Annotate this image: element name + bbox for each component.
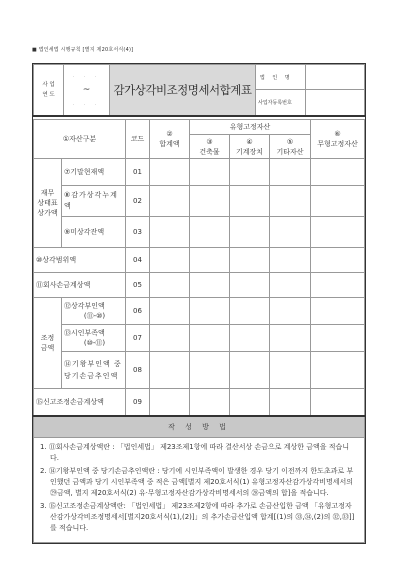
- asset-class-header: ①자산구분: [34, 120, 126, 159]
- cell-intangible[interactable]: [311, 273, 365, 298]
- cell-total[interactable]: [150, 186, 190, 217]
- row-code: 06: [126, 298, 150, 325]
- form-title: 감가상각비조정명세서합계표: [110, 65, 256, 117]
- building-header: ③ 건축물: [190, 135, 230, 159]
- row-code: 09: [126, 389, 150, 417]
- cell-building[interactable]: [190, 389, 230, 417]
- machinery-header: ④ 기계장치: [230, 135, 270, 159]
- cell-building[interactable]: [190, 325, 230, 352]
- cell-total[interactable]: [150, 273, 190, 298]
- form-identifier: ■ 법인세법 시행규칙 [별지 제20호서식(4)]: [32, 46, 133, 53]
- table-row: ⑩상각범위액 04: [34, 248, 365, 273]
- cell-building[interactable]: [190, 273, 230, 298]
- row-label: ⑨미상각잔액: [62, 217, 126, 248]
- cell-building[interactable]: [190, 217, 230, 248]
- row-label: ⑩상각범위액: [34, 248, 126, 273]
- cell-other[interactable]: [270, 352, 311, 389]
- row-code: 02: [126, 186, 150, 217]
- instruction-item: 2. ⑭기왕부인액 중 당기손금추인액란 : 당기에 시인부족액이 발생한 경우…: [40, 466, 358, 499]
- table-row: 조정 금액 ⑫상각부인액 (⑪-⑩) 06: [34, 298, 365, 325]
- business-year-field[interactable]: . . . ~ . . .: [64, 65, 110, 117]
- table-row: ⑮신고조정손금계상액 09: [34, 389, 365, 417]
- row-label: ⑪회사손금계상액: [34, 273, 126, 298]
- financial-position-group: 재무 상태표 상가액: [34, 159, 62, 248]
- cell-machinery[interactable]: [230, 217, 270, 248]
- year-from[interactable]: . . .: [64, 73, 109, 79]
- cell-total[interactable]: [150, 217, 190, 248]
- code-header: 코드: [126, 120, 150, 159]
- cell-total[interactable]: [150, 159, 190, 186]
- year-to[interactable]: . . .: [64, 101, 109, 107]
- row-label: ⑫상각부인액 (⑪-⑩): [62, 298, 126, 325]
- tangible-assets-header: 유형고정자산: [190, 120, 311, 135]
- row-code: 08: [126, 352, 150, 389]
- form-header: 사 업 연 도 . . . ~ . . . 감가상각비조정명세서합계표 법 인 …: [33, 64, 365, 117]
- cell-other[interactable]: [270, 325, 311, 352]
- table-row: ⑪회사손금계상액 05: [34, 273, 365, 298]
- cell-intangible[interactable]: [311, 298, 365, 325]
- cell-intangible[interactable]: [311, 352, 365, 389]
- cell-machinery[interactable]: [230, 248, 270, 273]
- corp-name-label: 법 인 명: [256, 65, 306, 90]
- cell-total[interactable]: [150, 298, 190, 325]
- row-label: ⑦기말현재액: [62, 159, 126, 186]
- table-row: ⑧감가상각누계액 02: [34, 186, 365, 217]
- cell-intangible[interactable]: [311, 159, 365, 186]
- table-row: 재무 상태표 상가액 ⑦기말현재액 01: [34, 159, 365, 186]
- cell-machinery[interactable]: [230, 159, 270, 186]
- cell-other[interactable]: [270, 186, 311, 217]
- biz-reg-no-label: 사업자등록번호: [256, 90, 306, 116]
- row-code: 05: [126, 273, 150, 298]
- cell-total[interactable]: [150, 325, 190, 352]
- cell-other[interactable]: [270, 298, 311, 325]
- total-header: ② 합계액: [150, 120, 190, 159]
- instructions-body: 1. ⑪회사손금계상액란 : 「법인세법」 제23조제1항에 따라 결산서상 손…: [34, 438, 365, 543]
- cell-machinery[interactable]: [230, 273, 270, 298]
- cell-machinery[interactable]: [230, 389, 270, 417]
- cell-building[interactable]: [190, 298, 230, 325]
- cell-other[interactable]: [270, 159, 311, 186]
- cell-total[interactable]: [150, 389, 190, 417]
- cell-total[interactable]: [150, 248, 190, 273]
- cell-building[interactable]: [190, 159, 230, 186]
- cell-other[interactable]: [270, 248, 311, 273]
- cell-building[interactable]: [190, 248, 230, 273]
- biz-reg-no-field[interactable]: [306, 90, 365, 116]
- depreciation-summary-form: 사 업 연 도 . . . ~ . . . 감가상각비조정명세서합계표 법 인 …: [32, 63, 366, 544]
- cell-other[interactable]: [270, 217, 311, 248]
- cell-intangible[interactable]: [311, 186, 365, 217]
- corp-name-field[interactable]: [306, 65, 365, 90]
- intangible-assets-header: ⑥ 무형고정자산: [311, 120, 365, 159]
- cell-total[interactable]: [150, 352, 190, 389]
- row-label: ⑮신고조정손금계상액: [34, 389, 126, 417]
- business-year-label: 사 업 연 도: [34, 65, 64, 117]
- cell-intangible[interactable]: [311, 217, 365, 248]
- instruction-item: 3. ⑮신고조정손금계상액란: 「법인세법」 제23조제2항에 따라 추가로 손…: [40, 501, 358, 534]
- adjustment-group: 조정 금액: [34, 298, 62, 389]
- row-label: ⑭기왕부인액 중 당기손금추인액: [62, 352, 126, 389]
- row-code: 04: [126, 248, 150, 273]
- year-separator: ~: [64, 85, 109, 95]
- cell-building[interactable]: [190, 186, 230, 217]
- row-code: 01: [126, 159, 150, 186]
- cell-other[interactable]: [270, 389, 311, 417]
- row-label: ⑧감가상각누계액: [62, 186, 126, 217]
- depreciation-table: ①자산구분 코드 ② 합계액 유형고정자산 ⑥ 무형고정자산 ③ 건축물 ④ 기…: [33, 119, 365, 543]
- cell-intangible[interactable]: [311, 389, 365, 417]
- table-row: ⑭기왕부인액 중 당기손금추인액 08: [34, 352, 365, 389]
- cell-machinery[interactable]: [230, 352, 270, 389]
- cell-building[interactable]: [190, 352, 230, 389]
- row-label: ⑬시인부족액 (⑩-⑪): [62, 325, 126, 352]
- instruction-item: 1. ⑪회사손금계상액란 : 「법인세법」 제23조제1항에 따라 결산서상 손…: [40, 442, 358, 464]
- cell-machinery[interactable]: [230, 325, 270, 352]
- row-code: 07: [126, 325, 150, 352]
- cell-intangible[interactable]: [311, 248, 365, 273]
- table-row: ⑨미상각잔액 03: [34, 217, 365, 248]
- cell-machinery[interactable]: [230, 298, 270, 325]
- row-code: 03: [126, 217, 150, 248]
- other-assets-header: ⑤ 기타자산: [270, 135, 311, 159]
- cell-machinery[interactable]: [230, 186, 270, 217]
- instructions-heading: 작 성 방 법: [34, 416, 365, 438]
- cell-intangible[interactable]: [311, 325, 365, 352]
- cell-other[interactable]: [270, 273, 311, 298]
- table-row: ⑬시인부족액 (⑩-⑪) 07: [34, 325, 365, 352]
